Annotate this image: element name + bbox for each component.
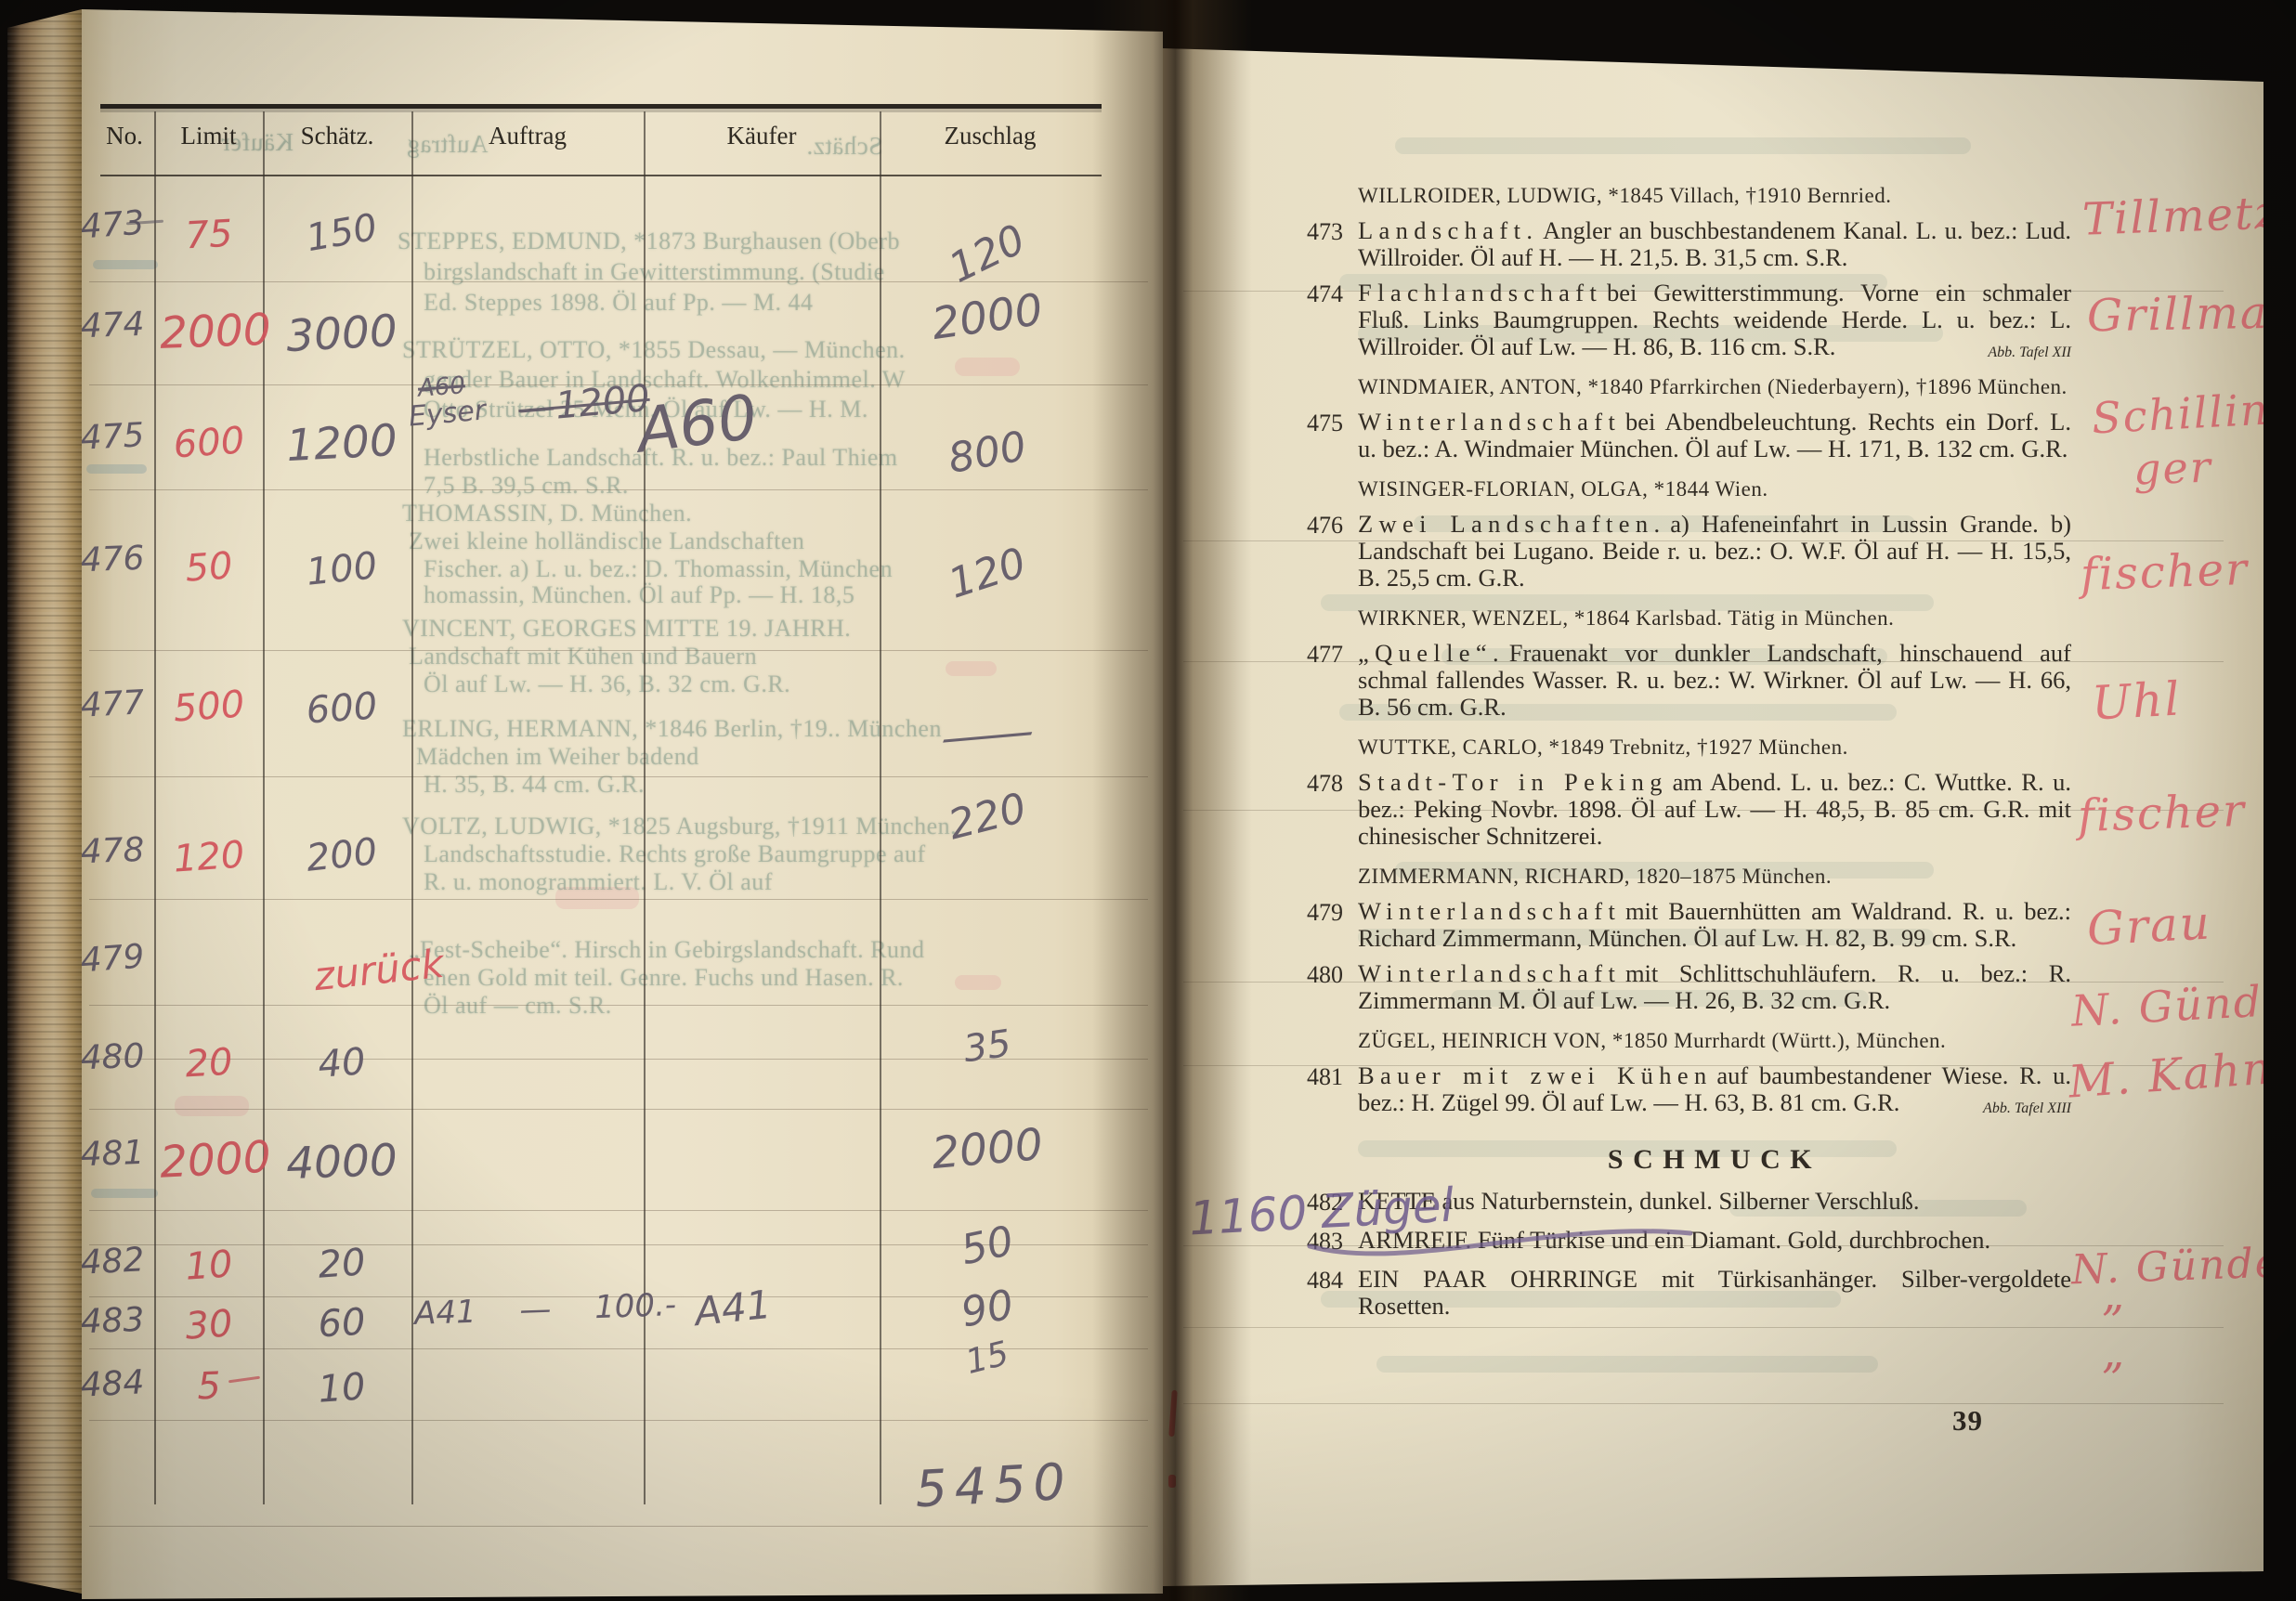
auction-catalog-scan: Schätz.AuftragKäuferÖl auf — cm. S.R.ene… [0,0,2296,1601]
red-spine-mark [1168,1390,1177,1437]
bleed-through-text: Landschaft mit Kühen und Bauern [409,643,757,670]
eraser-streak [86,464,147,474]
bleed-through-text: Zwei kleine holländische Landschaften [409,527,804,555]
left-page-bid-table: Schätz.AuftragKäuferÖl auf — cm. S.R.ene… [82,0,1163,1601]
cell-no: 474 [82,306,151,346]
artist-header: WINDMAIER, ANTON, *1840 Pfarrkirchen (Ni… [1358,373,2129,400]
bleed-through-text: VOLTZ, LUDWIG, *1825 Augsburg, †1911 Mün… [402,813,957,840]
book-fore-edge-pages [7,4,82,1597]
table-header-rule [100,175,1102,176]
margin-note-ditto: ” [2101,1296,2126,1348]
cell-kaeufer: A41 [693,1282,774,1334]
cell-schaetz: 600 [272,683,412,735]
cell-schaetz: 20 [272,1238,412,1290]
cell-no: 480 [82,1037,151,1078]
bleed-through-text: R. u. monogrammiert. L. V. Öl auf [424,868,773,896]
cell-schaetz: 3000 [272,305,412,363]
cell-zuschlag-dash: — [748,691,1163,780]
artist-header: WIRKNER, WENZEL, *1864 Karlsbad. Tätig i… [1358,605,2129,631]
lot-description: Winterlandschaftmit Bauernhütten am Wald… [1358,898,2071,952]
ruled-line [1183,1403,2224,1404]
plate-reference: Abb. Tafel XIII [1983,1100,2071,1117]
ruled-line [89,1420,1148,1421]
ink-smudge [955,358,1020,376]
bleed-through-text: Ed. Steppes 1898. Öl auf Pp. — M. 44 [424,289,814,317]
artist-header: ZÜGEL, HEINRICH VON, *1850 Murrhardt (Wü… [1358,1027,2129,1054]
cell-limit: 120 [159,832,260,881]
cell-limit: 75 [159,211,259,258]
cell-no: 475 [82,416,151,458]
margin-note-buyer: Grau [2086,896,2213,957]
lot-number: 473 [1284,218,1343,246]
ink-smudge [175,1096,249,1116]
cell-no: 478 [82,831,151,872]
ruled-line [89,1526,1148,1527]
lot-description: KETTE aus Naturbernstein, dunkel. Silber… [1358,1188,2071,1215]
lot-number: 481 [1284,1063,1343,1091]
bleed-through-text: Öl auf — cm. S.R. [424,992,612,1020]
lot-number: 475 [1284,410,1343,437]
lot-description: Winterlandschaftmit Schlittschuhläufern.… [1358,960,2071,1014]
lot-number: 477 [1284,641,1343,669]
lot-number: 479 [1284,899,1343,927]
lot-number: 478 [1284,770,1343,798]
cell-auftrag-name: Eyser [408,394,488,433]
bleed-through-smudge [1376,1356,1878,1373]
artist-header: ZIMMERMANN, RICHARD, 1820–1875 München. [1358,863,2129,890]
cell-no: 477 [82,683,151,725]
cell-schaetz: 40 [272,1037,412,1089]
bleed-through-text: STEPPES, EDMUND, *1873 Burghausen (Oberb [398,228,900,255]
lot-number: 474 [1284,280,1343,308]
ruled-line [89,1005,1148,1006]
cell-limit: 50 [159,542,260,592]
ruled-line [89,489,1148,490]
bleed-through-text: Landschaftsstudie. Rechts große Baumgrup… [424,840,926,868]
catalog-entry-474: 474 Flachlandschaftbei Gewitterstimmung.… [1282,280,2129,360]
cell-schaetz: 1200 [272,414,412,473]
bleed-through-text: gender Bauer in Landschaft. Wolkenhimmel… [424,366,906,394]
section-heading-schmuck: SCHMUCK [1358,1144,2071,1176]
cell-limit: 20 [159,1039,259,1087]
lot-description: Stadt-Tor in Pekingam Abend. L. u. bez.:… [1358,769,2071,850]
column-header-zuschlag: Zuschlag [880,122,1101,159]
bleed-through-text: Mädchen im Weiher badend [416,743,699,771]
ruled-line [89,1109,1148,1110]
ruled-line [89,281,1148,282]
bleed-through-text: enen Gold mit teil. Genre. Fuchs und Has… [424,964,904,992]
margin-note-buyer: Uhl [2091,672,2183,731]
lot-number: 480 [1284,961,1343,989]
cell-no: 481 [82,1134,151,1175]
bleed-through-text: Öl auf Lw. — H. 36, B. 32 cm. G.R. [424,670,790,698]
column-header-kaeufer: Käufer [644,122,880,159]
cell-no: 479 [82,937,151,981]
lot-description: Flachlandschaftbei Gewitterstimmung. Vor… [1358,280,2071,360]
cell-zuschlag: 35 [886,1011,1089,1081]
lot-description: Zwei Landschaften.a) Hafeneinfahrt in Lu… [1358,511,2071,592]
right-page-catalog: WILLROIDER, LUDWIG, *1845 Villach, †1910… [1163,0,2263,1601]
ruled-line [89,899,1148,900]
bleed-through-text: Fischer. a) L. u. bez.: D. Thomassin, Mü… [424,555,893,583]
column-header-schaetz: Schätz. [263,122,411,159]
handwritten-flourish [1302,1215,1702,1280]
catalog-entry-480: 480 Winterlandschaftmit Schlittschuhläuf… [1282,960,2129,1014]
catalog-entry-476: 476 Zwei Landschaften.a) Hafeneinfahrt i… [1282,511,2129,592]
eraser-streak [91,1189,158,1198]
margin-note-buyer: N. Günder [2070,1239,2263,1295]
margin-note-buyer: ger [2133,442,2213,495]
margin-note-buyer: Tillmetz [2081,187,2263,245]
lot-description: Winterlandschaftbei Abendbeleuchtung. Re… [1358,409,2071,462]
cell-schaetz: 60 [272,1298,411,1348]
cell-kaeufer: A60 [633,381,762,466]
catalog-entry-479: 479 Winterlandschaftmit Bauernhütten am … [1282,898,2129,952]
cell-schaetz: 10 [272,1362,412,1414]
cell-no: 483 [82,1301,151,1342]
bleed-through-text: homassin, München. Öl auf Pp. — H. 18,5 [424,581,854,609]
eraser-streak [93,260,158,269]
lot-description: „Quelle“.Frauenakt vor dunkler Landschaf… [1358,640,2071,721]
ruled-line [89,776,1148,777]
margin-note-buyer: fischer [2080,543,2250,601]
lot-description: Bauer mit zwei Kühenauf baumbestandener … [1358,1062,2071,1116]
cell-zuschlag: 120 [885,520,1089,627]
cell-limit: 5 [159,1363,259,1410]
cell-schaetz: 100 [271,540,412,597]
column-header-auftrag: Auftrag [411,122,644,159]
margin-note-ditto: ” [2101,1354,2126,1406]
bleed-through-smudge [1395,137,1971,154]
cell-limit: 30 [159,1300,260,1349]
margin-note-buyer: Grillmaier [2087,286,2263,343]
ink-smudge [955,975,1001,990]
cell-schaetz: 150 [270,200,413,266]
margin-note-buyer: fischer [2077,785,2247,842]
cell-limit: 2000 [159,1132,260,1188]
bleed-through-text: H. 35, B. 44 cm. G.R. [424,771,645,799]
plate-reference: Abb. Tafel XII [1988,345,2071,361]
ruled-line [1183,1327,2224,1328]
cell-limit: 500 [159,682,260,731]
ink-smudge [946,661,997,676]
lot-description: Landschaft.Angler an buschbestandenem Ka… [1358,217,2071,271]
bleed-through-text: 7,5 B. 39,5 cm. S.R. [424,472,629,500]
cell-no: 482 [82,1241,151,1282]
cell-limit: 10 [159,1241,260,1290]
red-spine-mark [1168,1475,1176,1488]
catalog-column: WILLROIDER, LUDWIG, *1845 Villach, †1910… [1282,182,2129,1320]
cell-limit: 600 [159,418,260,467]
cell-zuschlag: 220 [885,770,1089,864]
column-header-limit: Limit [154,122,263,159]
cell-no: 476 [82,540,151,580]
bleed-through-text: VINCENT, GEORGES MITTE 19. JAHRH. [402,615,851,643]
catalog-entry-473: 473 Landschaft.Angler an buschbestandene… [1282,217,2129,271]
catalog-entry-481: 481 Bauer mit zwei Kühenauf baumbestande… [1282,1062,2129,1116]
cell-no: 473 [82,203,151,247]
artist-header: WUTTKE, CARLO, *1849 Trebnitz, †1927 Mün… [1358,734,2129,761]
column-line [880,111,881,1504]
table-top-rule [100,104,1102,109]
ruled-line [89,650,1148,651]
cell-schaetz: 200 [271,827,412,883]
bleed-through-text: STRÜTZEL, OTTO, *1855 Dessau, — München. [402,336,906,364]
column-line [154,111,156,1504]
artist-header: WILLROIDER, LUDWIG, *1845 Villach, †1910… [1358,182,2129,209]
handwritten-total: 5450 [870,1450,1118,1521]
bleed-through-text: THOMASSIN, D. München. [402,500,692,527]
cell-zuschlag: 2000 [886,1115,1089,1183]
cell-limit: 2000 [159,305,259,359]
artist-header: WISINGER-FLORIAN, OLGA, *1844 Wien. [1358,475,2129,502]
cell-auftrag: A41 — 100.- [413,1286,676,1333]
bleed-through-text: „Fest-Scheibe“. Hirsch in Gebirgslandsch… [409,936,924,964]
page-number: 39 [1952,1404,1983,1438]
catalog-entry-478: 478 Stadt-Tor in Pekingam Abend. L. u. b… [1282,769,2129,850]
catalog-entry-475: 475 Winterlandschaftbei Abendbeleuchtung… [1282,409,2129,462]
cell-zuschlag: 800 [885,412,1089,493]
lot-number: 476 [1284,512,1343,540]
catalog-entry-477: 477 „Quelle“.Frauenakt vor dunkler Lands… [1282,640,2129,721]
column-header-no: No. [95,122,154,159]
ruled-line [89,1210,1148,1211]
margin-note-buyer: Schillin- [2091,384,2263,444]
cell-schaetz: 4000 [272,1134,411,1190]
cell-no: 484 [82,1363,151,1405]
